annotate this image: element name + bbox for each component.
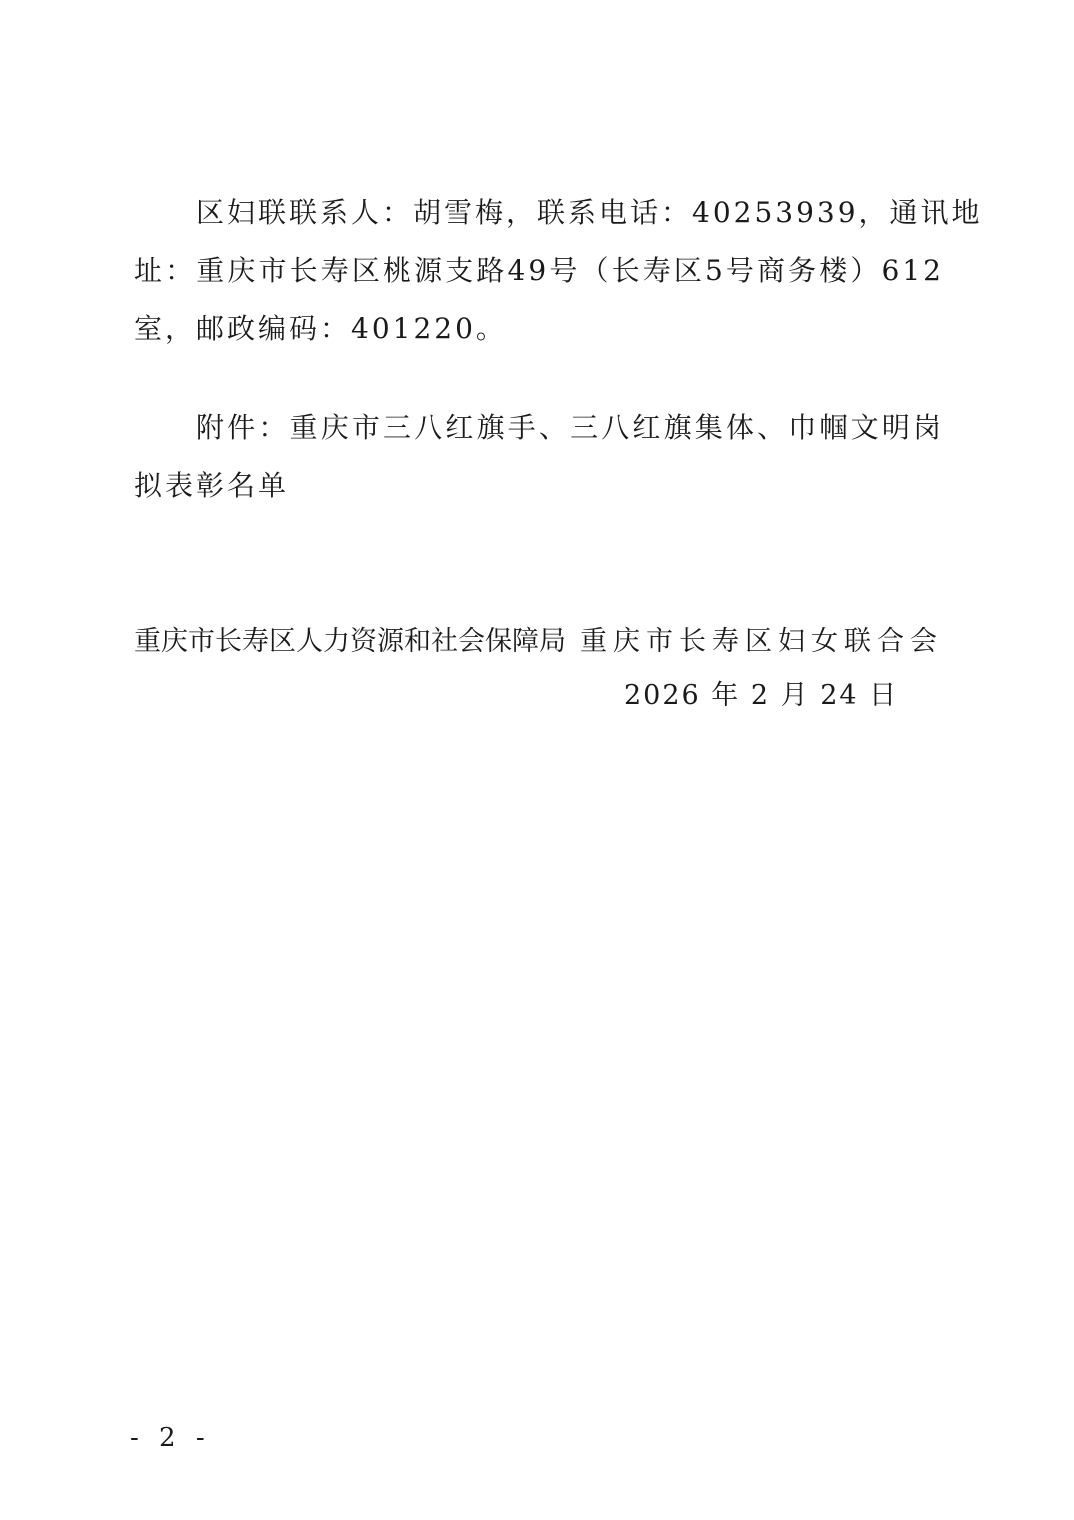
document-date: 2026 年 2 月 24 日: [624, 676, 898, 716]
attachment-paragraph: 附件：重庆市三八红旗手、三八红旗集体、巾帼文明岗 拟表彰名单: [134, 408, 944, 524]
contact-line-3: 室，邮政编码：401220。: [134, 309, 944, 367]
contact-line-2: 址：重庆市长寿区桃源支路49号（长寿区5号商务楼）612: [134, 251, 944, 309]
attachment-line-1: 附件：重庆市三八红旗手、三八红旗集体、巾帼文明岗: [134, 408, 944, 466]
signature-hr-bureau: 重庆市长寿区人力资源和社会保障局: [134, 622, 566, 662]
attachment-line-2: 拟表彰名单: [134, 466, 944, 524]
contact-line-1: 区妇联联系人：胡雪梅，联系电话：40253939，通讯地: [134, 193, 944, 251]
page-number: - 2 -: [130, 1418, 211, 1458]
contact-paragraph: 区妇联联系人：胡雪梅，联系电话：40253939，通讯地 址：重庆市长寿区桃源支…: [134, 193, 944, 367]
signature-womens-federation: 重庆市长寿区妇女联合会: [580, 622, 943, 662]
